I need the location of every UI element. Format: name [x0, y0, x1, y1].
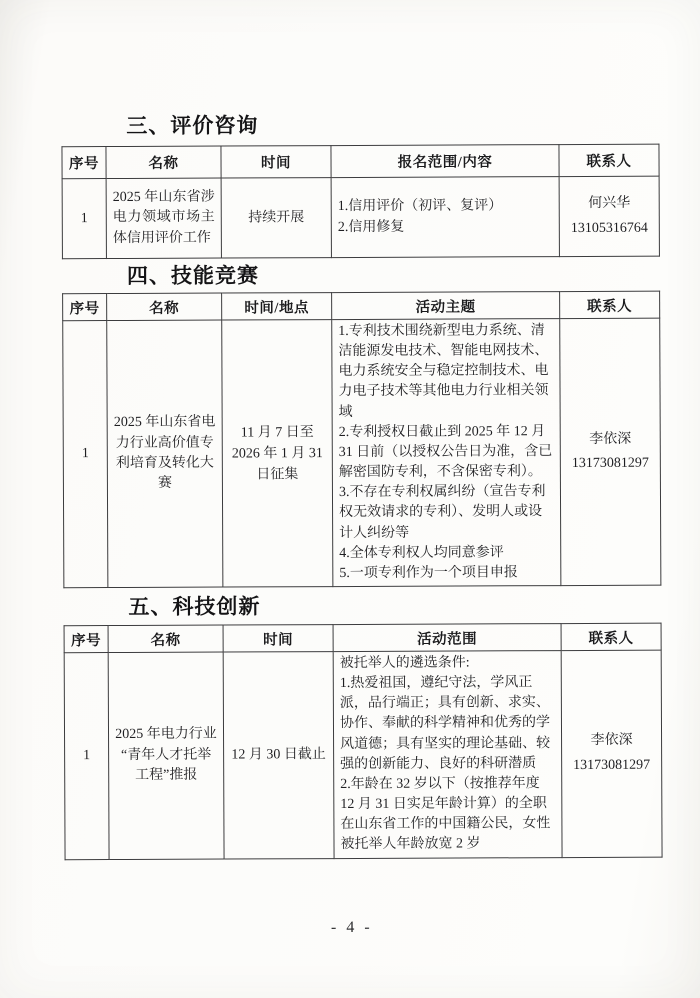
col-header-activity-scope: 活动范围 — [333, 624, 561, 652]
cell-serial-number: 1 — [62, 179, 106, 259]
col-header-time: 时间 — [223, 625, 333, 652]
cell-contact-person: 李依深 13173081297 — [560, 318, 661, 585]
cell-serial-number: 1 — [64, 653, 109, 860]
col-header-name: 名称 — [108, 625, 223, 653]
document-page: 三、评价咨询 序号 名称 时间 报名范围/内容 联系人 1 2025 年山东省涉… — [0, 0, 700, 998]
col-header-name: 名称 — [107, 293, 222, 321]
table-row: 1 2025 年山东省电力行业高价值专利培育及转化大赛 11 月 7 日至 20… — [63, 318, 661, 588]
table-evaluation-consulting: 序号 名称 时间 报名范围/内容 联系人 1 2025 年山东省涉电力领域市场主… — [61, 144, 659, 260]
cell-activity-name: 2025 年山东省电力行业高价值专利培育及转化大赛 — [107, 320, 223, 588]
table-row: 1 2025 年电力行业“青年人才托举工程”推报 12 月 30 日截止 被托举… — [64, 650, 662, 859]
cell-activity-name: 2025 年山东省涉电力领域市场主体信用评价工作 — [106, 178, 221, 259]
cell-activity-theme: 1.专利技术围绕新型电力系统、清洁能源发电技术、智能电网技术、电力系统安全与稳定… — [332, 319, 561, 587]
section-heading-skills-competition: 四、技能竞赛 — [127, 264, 259, 288]
cell-time: 12 月 30 日截止 — [223, 652, 334, 859]
col-header-contact: 联系人 — [561, 623, 661, 650]
cell-scope-content: 1.信用评价（初评、复评） 2.信用修复 — [331, 177, 559, 258]
table-row: 1 2025 年山东省涉电力领域市场主体信用评价工作 持续开展 1.信用评价（初… — [62, 176, 659, 259]
table-header-row: 序号 名称 时间/地点 活动主题 联系人 — [63, 291, 660, 321]
section-heading-tech-innovation: 五、科技创新 — [128, 595, 260, 619]
table-header-row: 序号 名称 时间 活动范围 联系人 — [64, 623, 661, 653]
table-header-row: 序号 名称 时间 报名范围/内容 联系人 — [62, 144, 659, 179]
col-header-contact: 联系人 — [560, 291, 660, 318]
table-skills-competition: 序号 名称 时间/地点 活动主题 联系人 1 2025 年山东省电力行业高价值专… — [62, 291, 661, 589]
cell-time-place: 11 月 7 日至 2026 年 1 月 31 日征集 — [222, 320, 333, 588]
col-header-theme: 活动主题 — [332, 292, 560, 320]
col-header-no: 序号 — [63, 294, 107, 321]
section-heading-evaluation-consulting: 三、评价咨询 — [126, 114, 258, 138]
table-tech-innovation: 序号 名称 时间 活动范围 联系人 1 2025 年电力行业“青年人才托举工程”… — [64, 623, 663, 860]
col-header-name: 名称 — [106, 146, 221, 179]
cell-time: 持续开展 — [221, 178, 331, 258]
cell-contact-person: 何兴华 13105316764 — [559, 176, 659, 256]
col-header-time: 时间 — [221, 146, 331, 178]
cell-activity-scope: 被托举人的遴选条件: 1.热爱祖国，遵纪守法，学风正派，品行端正；具有创新、求实… — [333, 651, 562, 859]
col-header-no: 序号 — [62, 147, 106, 179]
cell-contact-person: 李依深 13173081297 — [561, 650, 662, 857]
page-number: - 4 - — [2, 917, 700, 938]
col-header-contact: 联系人 — [559, 144, 659, 176]
page-content: 三、评价咨询 序号 名称 时间 报名范围/内容 联系人 1 2025 年山东省涉… — [0, 0, 700, 998]
cell-serial-number: 1 — [63, 321, 108, 588]
col-header-scope: 报名范围/内容 — [331, 145, 559, 178]
col-header-no: 序号 — [64, 626, 108, 653]
cell-activity-name: 2025 年电力行业“青年人才托举工程”推报 — [108, 652, 224, 859]
col-header-time-place: 时间/地点 — [222, 293, 332, 320]
